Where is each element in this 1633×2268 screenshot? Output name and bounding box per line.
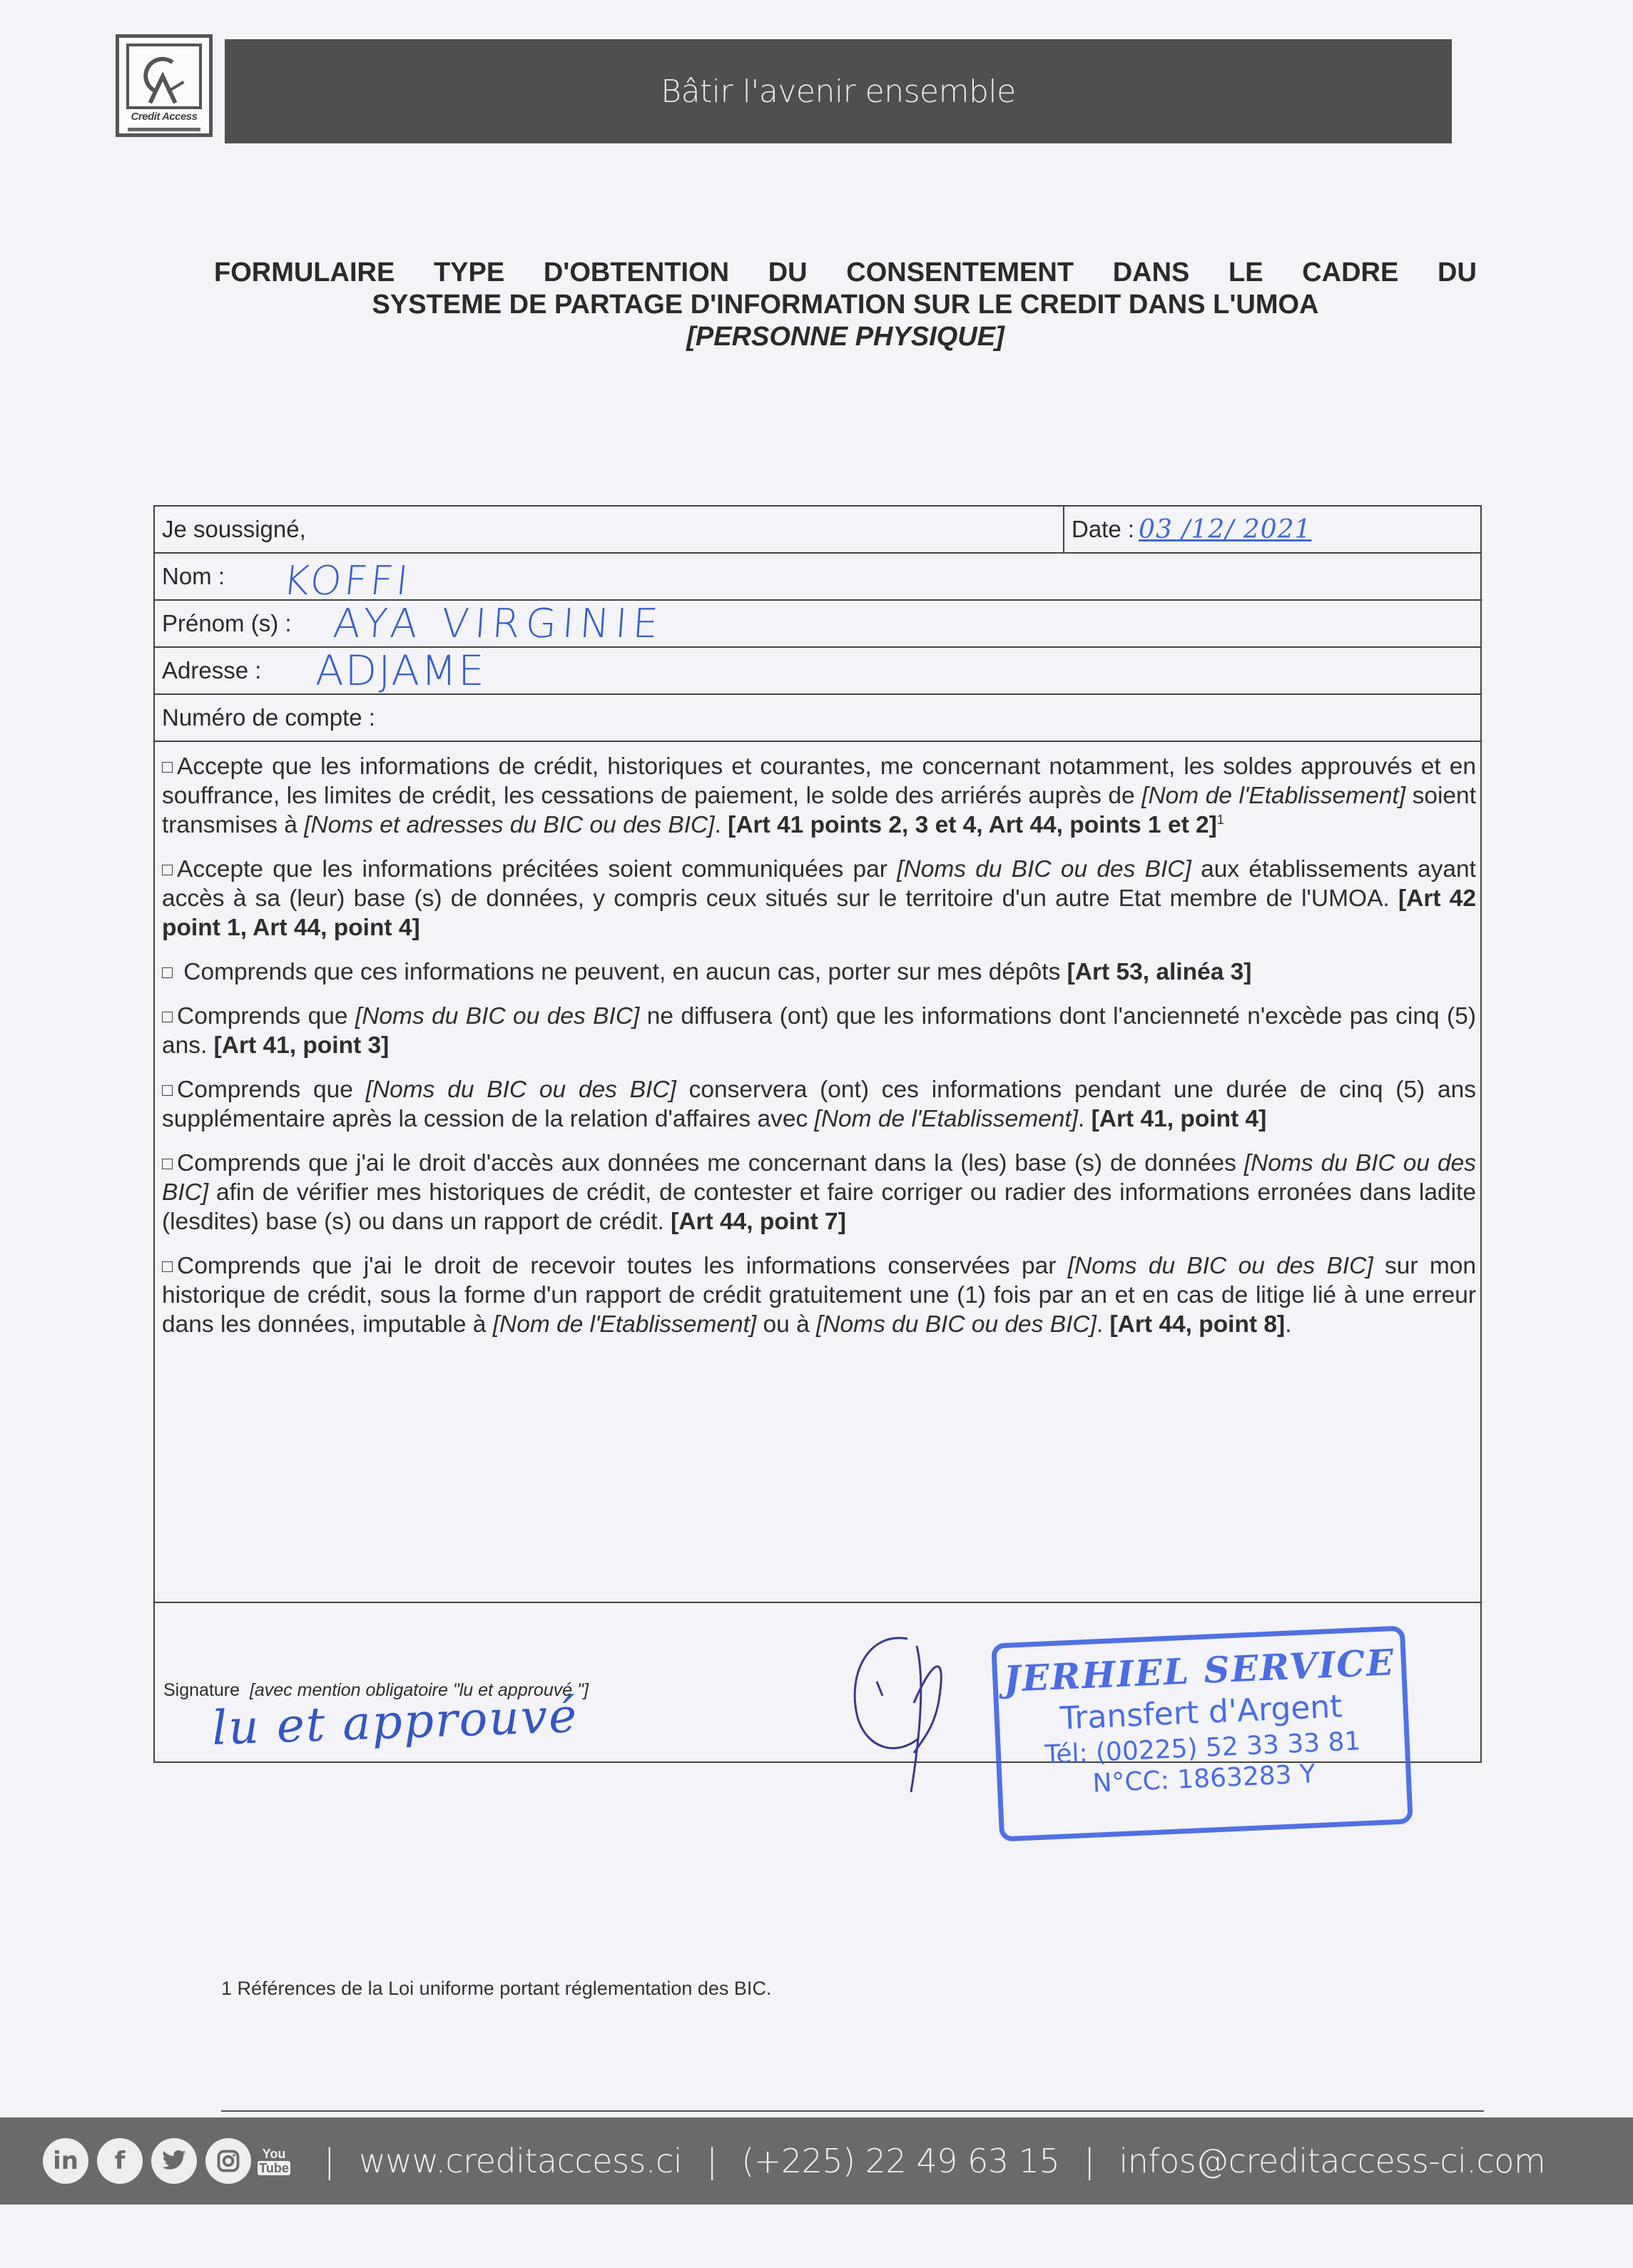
- clause-text: Comprends que: [177, 1003, 355, 1029]
- placeholder-text: [Nom de l'Etablissement]: [815, 1106, 1078, 1132]
- title-word: DU: [768, 257, 808, 289]
- logo-frame: [126, 44, 202, 109]
- checkbox[interactable]: [162, 1012, 173, 1022]
- consent-clause: Comprends que j'ai le droit d'accès aux …: [162, 1149, 1476, 1236]
- checkbox[interactable]: [162, 762, 173, 773]
- placeholder-text: [Noms du BIC ou des BIC]: [355, 1003, 639, 1029]
- title-line-3: [PERSONNE PHYSIQUE]: [214, 321, 1477, 353]
- checkbox[interactable]: [162, 967, 173, 978]
- adresse-field[interactable]: ADJAME: [315, 646, 486, 695]
- facebook-icon[interactable]: f: [97, 2138, 143, 2184]
- credit-access-logo: Credit Access: [116, 34, 213, 137]
- placeholder-text: [Nom de l'Etablissement]: [493, 1311, 756, 1338]
- consent-clause: Comprends que [Noms du BIC ou des BIC] n…: [162, 1002, 1476, 1060]
- row-prenom: Prénom (s) : AYA VIRGINIE: [155, 601, 1480, 648]
- signature-label-text: Signature: [163, 1680, 240, 1700]
- date-field[interactable]: 03 /12/ 2021: [1139, 515, 1311, 544]
- ca-monogram-icon: [129, 46, 199, 106]
- article-reference: [Art 53, alinéa 3]: [1067, 959, 1252, 985]
- twitter-icon[interactable]: [151, 2138, 197, 2184]
- placeholder-text: [Nom de l'Etablissement]: [1141, 783, 1405, 809]
- row-soussigne: Je soussigné, Date : 03 /12/ 2021: [155, 507, 1480, 554]
- footer-contact: | www.creditaccess.ci | (+225) 22 49 63 …: [310, 2142, 1545, 2180]
- title-word: FORMULAIRE: [214, 257, 395, 289]
- title-word: CADRE: [1302, 257, 1398, 289]
- article-reference: [Art 41 points 2, 3 et 4, Art 44, points…: [728, 812, 1217, 838]
- title-word: TYPE: [434, 257, 504, 289]
- clause-text: Comprends que j'ai le droit d'accès aux …: [177, 1150, 1244, 1176]
- placeholder-text: [Noms du BIC ou des BIC]: [816, 1311, 1097, 1338]
- checkbox[interactable]: [162, 1085, 173, 1096]
- title-word: LE: [1228, 257, 1263, 289]
- consent-clauses: Accepte que les informations de crédit, …: [155, 742, 1480, 1603]
- clause-text: Accepte que les informations précitées s…: [177, 856, 897, 883]
- compte-label: Numéro de compte :: [155, 704, 375, 731]
- consent-clause: Accepte que les informations précitées s…: [162, 855, 1476, 942]
- footnote: 1 Références de la Loi uniforme portant …: [221, 1978, 771, 2000]
- separator: |: [324, 2142, 335, 2180]
- placeholder-text: [Noms du BIC ou des BIC]: [1068, 1253, 1373, 1279]
- website-link[interactable]: www.creditaccess.ci: [359, 2142, 682, 2180]
- consent-clause: Comprends que ces informations ne peuven…: [162, 957, 1476, 987]
- handwritten-mention[interactable]: lu et approuvé: [211, 1688, 579, 1756]
- footer-bar: in f YouTube | www.creditaccess.ci | (+2…: [0, 2117, 1633, 2205]
- nom-field[interactable]: KOFFI: [281, 558, 414, 604]
- row-nom: Nom : KOFFI: [155, 554, 1480, 601]
- social-links: in f YouTube: [43, 2138, 288, 2184]
- logo-underline: [128, 128, 200, 131]
- clause-text: .: [715, 812, 728, 838]
- date-label: Date :: [1072, 516, 1134, 543]
- article-reference: [Art 44, point 7]: [671, 1209, 846, 1235]
- separator: |: [706, 2142, 717, 2180]
- clause-text: Comprends que: [177, 1077, 366, 1103]
- title-line-1: FORMULAIRETYPED'OBTENTIONDUCONSENTEMENTD…: [214, 257, 1477, 289]
- footer-divider: [221, 2110, 1484, 2112]
- youtube-icon[interactable]: YouTube: [260, 2138, 288, 2184]
- title-word: DU: [1438, 257, 1477, 289]
- title-word: DANS: [1113, 257, 1190, 289]
- row-adresse: Adresse : ADJAME: [155, 648, 1480, 695]
- article-reference: [Art 41, point 3]: [214, 1032, 390, 1059]
- title-word: D'OBTENTION: [544, 257, 729, 289]
- consent-clause: Accepte que les informations de crédit, …: [162, 752, 1476, 840]
- consent-clause: Comprends que [Noms du BIC ou des BIC] c…: [162, 1075, 1476, 1134]
- placeholder-text: [Noms du BIC ou des BIC]: [366, 1077, 676, 1103]
- clause-text: ou à: [756, 1311, 816, 1338]
- clause-text: Comprends que ces informations ne peuven…: [177, 959, 1067, 985]
- checkbox[interactable]: [162, 1159, 173, 1169]
- row-compte: Numéro de compte :: [155, 695, 1480, 742]
- clause-text: .: [1285, 1311, 1291, 1338]
- footnote-marker: 1: [1217, 813, 1224, 827]
- soussigne-label: Je soussigné,: [155, 516, 306, 543]
- adresse-label: Adresse :: [155, 657, 261, 684]
- article-reference: [Art 41, point 4]: [1092, 1106, 1267, 1132]
- date-cell: Date : 03 /12/ 2021: [1063, 507, 1311, 552]
- prenom-label: Prénom (s) :: [155, 610, 292, 637]
- email-link[interactable]: infos@creditaccess-ci.com: [1119, 2142, 1545, 2180]
- placeholder-text: [Noms et adresses du BIC ou des BIC]: [304, 812, 714, 838]
- separator: |: [1084, 2142, 1094, 2180]
- nom-label: Nom :: [155, 563, 225, 590]
- tagline: Bâtir l'avenir ensemble: [661, 73, 1015, 110]
- article-reference: [Art 44, point 8]: [1110, 1311, 1286, 1338]
- header-banner: Bâtir l'avenir ensemble: [225, 39, 1452, 143]
- checkbox[interactable]: [162, 865, 173, 875]
- linkedin-icon[interactable]: in: [43, 2138, 88, 2184]
- title-word: CONSENTEMENT: [846, 257, 1074, 289]
- clause-text: Comprends que j'ai le droit de recevoir …: [177, 1253, 1068, 1279]
- clause-text: .: [1097, 1311, 1110, 1338]
- title-line-2: SYSTEME DE PARTAGE D'INFORMATION SUR LE …: [214, 289, 1477, 321]
- company-stamp: JERHIEL SERVICE Transfert d'Argent Tél: …: [991, 1625, 1413, 1841]
- clause-text: .: [1078, 1106, 1092, 1132]
- prenom-field[interactable]: AYA VIRGINIE: [332, 601, 666, 647]
- consent-clause: Comprends que j'ai le droit de recevoir …: [162, 1251, 1476, 1339]
- instagram-icon[interactable]: [205, 2138, 251, 2184]
- consent-form-table: Je soussigné, Date : 03 /12/ 2021 Nom : …: [153, 505, 1482, 1763]
- placeholder-text: [Noms du BIC ou des BIC]: [897, 856, 1191, 883]
- logo-text: Credit Access: [119, 111, 209, 123]
- checkbox[interactable]: [162, 1261, 173, 1272]
- form-title: FORMULAIRETYPED'OBTENTIONDUCONSENTEMENTD…: [214, 257, 1477, 353]
- phone-number[interactable]: (+225) 22 49 63 15: [741, 2142, 1059, 2180]
